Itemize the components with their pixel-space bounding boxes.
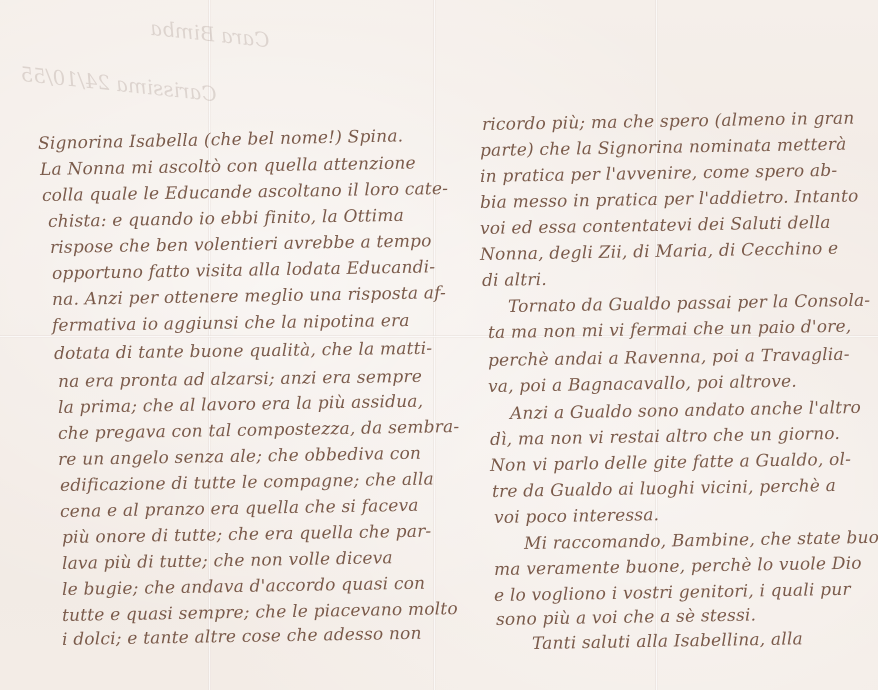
text-line: Signorina Isabella (che bel nome!) Spina… xyxy=(38,126,404,154)
text-line: na. Anzi per ottenere meglio una rispost… xyxy=(52,283,446,310)
text-line: le bugie; che andava d'accordo quasi con xyxy=(62,574,426,600)
right-page: ricordo più; ma che spero (almeno in gra… xyxy=(440,0,878,690)
left-page: Signorina Isabella (che bel nome!) Spina… xyxy=(0,0,440,690)
text-line: fermativa io aggiunsi che la nipotina er… xyxy=(52,311,410,336)
text-line: opportuno fatto visita alla lodata Educa… xyxy=(52,257,436,284)
text-line: tre da Gualdo ai luoghi vicini, perchè a xyxy=(492,476,836,502)
text-line: na era pronta ad alzarsi; anzi era sempr… xyxy=(58,367,422,392)
text-line: sono più a voi che a sè stessi. xyxy=(496,605,757,630)
text-line: più onore di tutte; che era quella che p… xyxy=(62,522,432,548)
text-line: dotata di tante buone qualità, che la ma… xyxy=(54,339,433,364)
text-line: in pratica per l'avvenire, come spero ab… xyxy=(480,161,838,187)
text-line: voi ed essa contentatevi dei Saluti dell… xyxy=(480,213,831,239)
text-line: tutte e quasi sempre; che le piacevano m… xyxy=(62,599,458,626)
text-line: edificazione di tutte le compagne; che a… xyxy=(60,469,434,496)
text-line: e lo vogliono i vostri genitori, i quali… xyxy=(494,580,851,606)
text-line: i dolci; e tante altre cose che adesso n… xyxy=(62,624,422,650)
text-line: chista: e quando io ebbi finito, la Otti… xyxy=(48,206,404,232)
text-line: rispose che ben volentieri avrebbe a tem… xyxy=(50,231,432,258)
text-line: lava più di tutte; che non volle diceva xyxy=(62,548,393,574)
text-line: che pregava con tal compostezza, da semb… xyxy=(58,417,460,444)
text-line: Tornato da Gualdo passai per la Consola- xyxy=(508,291,871,317)
text-line: re un angelo senza ale; che obbediva con xyxy=(58,444,421,470)
text-line: perchè andai a Ravenna, poi a Travaglia- xyxy=(488,345,850,371)
text-line: cena e al pranzo era quella che si facev… xyxy=(60,496,419,522)
text-line: dì, ma non vi restai altro che un giorno… xyxy=(490,424,840,450)
text-line: va, poi a Bagnacavallo, poi altrove. xyxy=(488,372,797,397)
text-line: di altri. xyxy=(482,270,547,291)
text-line: parte) che la Signorina nominata metterà xyxy=(480,135,847,161)
text-line: La Nonna mi ascoltò con quella attenzion… xyxy=(40,153,416,180)
text-line: Tanti saluti alla Isabellina, alla xyxy=(532,629,803,654)
text-line: Non vi parlo delle gite fatte a Gualdo, … xyxy=(490,450,851,476)
text-line: Mi raccomando, Bambine, che state buone xyxy=(524,527,878,554)
text-line: ma veramente buone, perchè lo vuole Dio xyxy=(494,554,862,580)
text-line: ta ma non mi vi fermai che un paio d'ore… xyxy=(488,317,852,343)
text-line: la prima; che al lavoro era la più assid… xyxy=(58,392,424,418)
text-line: bia messo in pratica per l'addietro. Int… xyxy=(480,186,859,213)
text-line: Anzi a Gualdo sono andato anche l'altro xyxy=(510,398,861,424)
text-line: ricordo più; ma che spero (almeno in gra… xyxy=(482,109,855,135)
text-line: voi poco interessa. xyxy=(494,505,660,528)
text-line: Nonna, degli Zii, di Maria, di Cecchino … xyxy=(480,239,839,265)
letter-sheet: Cara Bimba Carissima 24/10/55 Signorina … xyxy=(0,0,878,690)
text-line: colla quale le Educande ascoltano il lor… xyxy=(42,179,448,206)
